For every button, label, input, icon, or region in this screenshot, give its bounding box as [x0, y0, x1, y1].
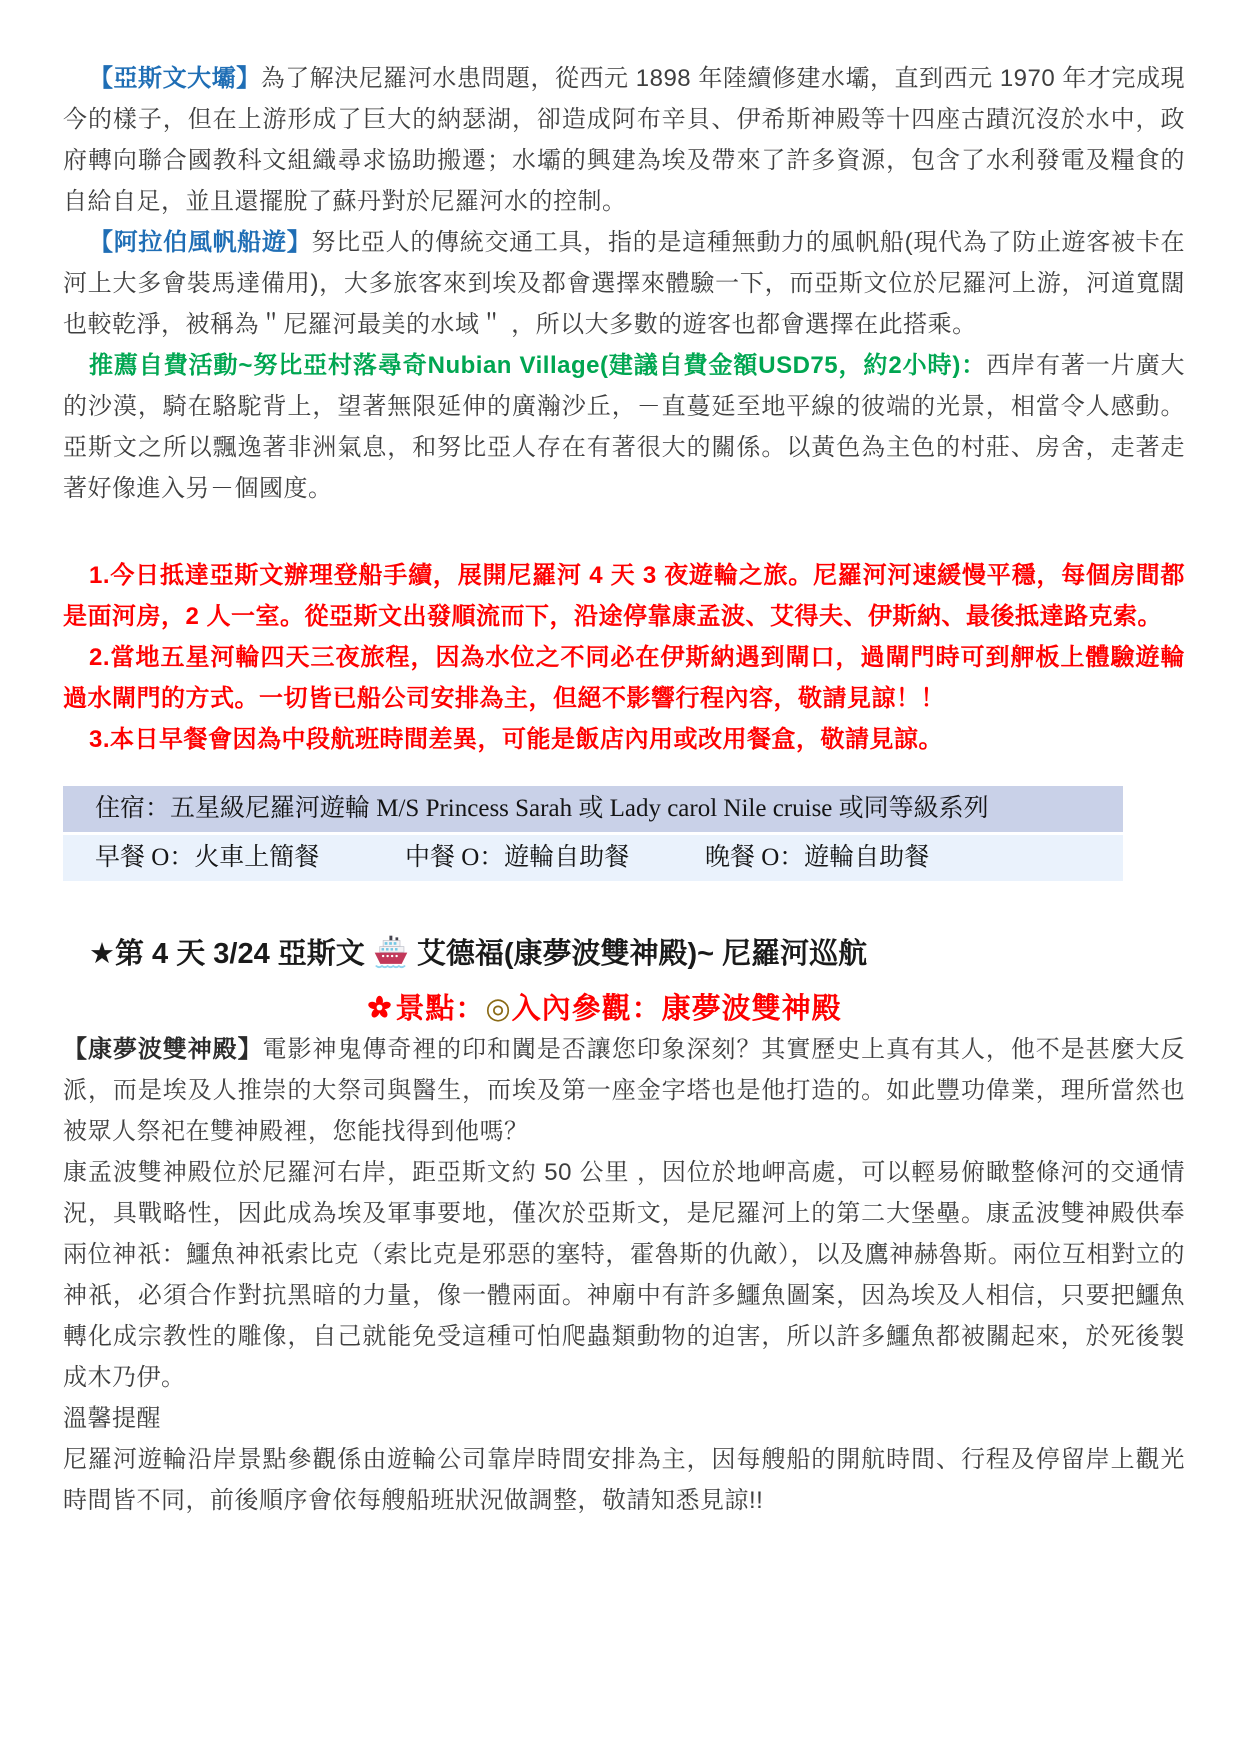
sight-text: 入內參觀：康夢波雙神殿 — [512, 993, 842, 1025]
nubian-village-label: 推薦自費活動~努比亞村落尋奇Nubian Village(建議自費金額USD75… — [89, 352, 986, 379]
paragraph-nubian-village: 推薦自費活動~努比亞村落尋奇Nubian Village(建議自費金額USD75… — [63, 345, 1185, 509]
kom-ombo-label: 【康夢波雙神殿】 — [63, 1036, 263, 1063]
felucca-label: 【阿拉伯風帆船遊】 — [89, 229, 311, 256]
notice-list: 1.今日抵達亞斯文辦理登船手續，展開尼羅河 4 天 3 夜遊輪之旅。尼羅河河速緩… — [63, 555, 1185, 760]
breakfast-cell: 早餐 O：火車上簡餐 — [95, 835, 405, 881]
day-heading: ★第 4 天 3/24 亞斯文 艾德 — [89, 931, 1185, 972]
itinerary-page: 【亞斯文大壩】為了解決尼羅河水患問題，從西元 1898 年陸續修建水壩，直到西元… — [0, 0, 1241, 1755]
day-heading-suffix: 艾德福(康夢波雙神殿)~ 尼羅河巡航 — [417, 931, 867, 972]
accommodation-text: 住宿：五星級尼羅河遊輪 M/S Princess Sarah 或 Lady ca… — [95, 795, 989, 822]
sight-label: 景點： — [395, 993, 485, 1025]
notice-item-3: 3.本日早餐會因為中段航班時間差異，可能是飯店內用或改用餐盒，敬請見諒。 — [63, 719, 1185, 760]
reminder-title: 溫馨提醒 — [63, 1398, 1185, 1439]
accommodation-row: 住宿：五星級尼羅河遊輪 M/S Princess Sarah 或 Lady ca… — [63, 786, 1123, 832]
notice-item-2: 2.當地五星河輪四天三夜旅程，因為水位之不同必在伊斯納遇到閘口，過閘門時可到舺板… — [63, 637, 1185, 719]
paragraph-aswan-dam: 【亞斯文大壩】為了解決尼羅河水患問題，從西元 1898 年陸續修建水壩，直到西元… — [63, 58, 1185, 222]
flower-icon — [366, 994, 393, 1029]
dinner-cell: 晚餐 O：遊輪自助餐 — [705, 835, 1123, 881]
aswan-dam-label: 【亞斯文大壩】 — [89, 65, 261, 92]
sight-line: 景點：◎入內參觀：康夢波雙神殿 — [63, 986, 1145, 1029]
day-heading-prefix: ★第 4 天 3/24 亞斯文 — [89, 931, 365, 972]
ship-icon — [373, 935, 409, 969]
bullseye-icon: ◎ — [485, 993, 511, 1025]
paragraph-felucca: 【阿拉伯風帆船遊】努比亞人的傳統交通工具，指的是這種無動力的風帆船(現代為了防止… — [63, 222, 1185, 345]
paragraph-kom-ombo-detail: 康孟波雙神殿位於尼羅河右岸，距亞斯文約 50 公里 ，因位於地岬高處，可以輕易俯… — [63, 1152, 1185, 1398]
meals-row: 早餐 O：火車上簡餐 中餐 O：遊輪自助餐 晚餐 O：遊輪自助餐 — [63, 835, 1123, 881]
notice-item-1: 1.今日抵達亞斯文辦理登船手續，展開尼羅河 4 天 3 夜遊輪之旅。尼羅河河速緩… — [63, 555, 1185, 637]
lunch-cell: 中餐 O：遊輪自助餐 — [405, 835, 705, 881]
reminder-text: 尼羅河遊輪沿岸景點參觀係由遊輪公司靠岸時間安排為主，因每艘船的開航時間、行程及停… — [63, 1439, 1185, 1521]
paragraph-kom-ombo-intro: 【康夢波雙神殿】電影神鬼傳奇裡的印和闐是否讓您印象深刻？其實歷史上真有其人，他不… — [63, 1029, 1185, 1152]
accommodation-meals-table: 住宿：五星級尼羅河遊輪 M/S Princess Sarah 或 Lady ca… — [63, 786, 1123, 881]
